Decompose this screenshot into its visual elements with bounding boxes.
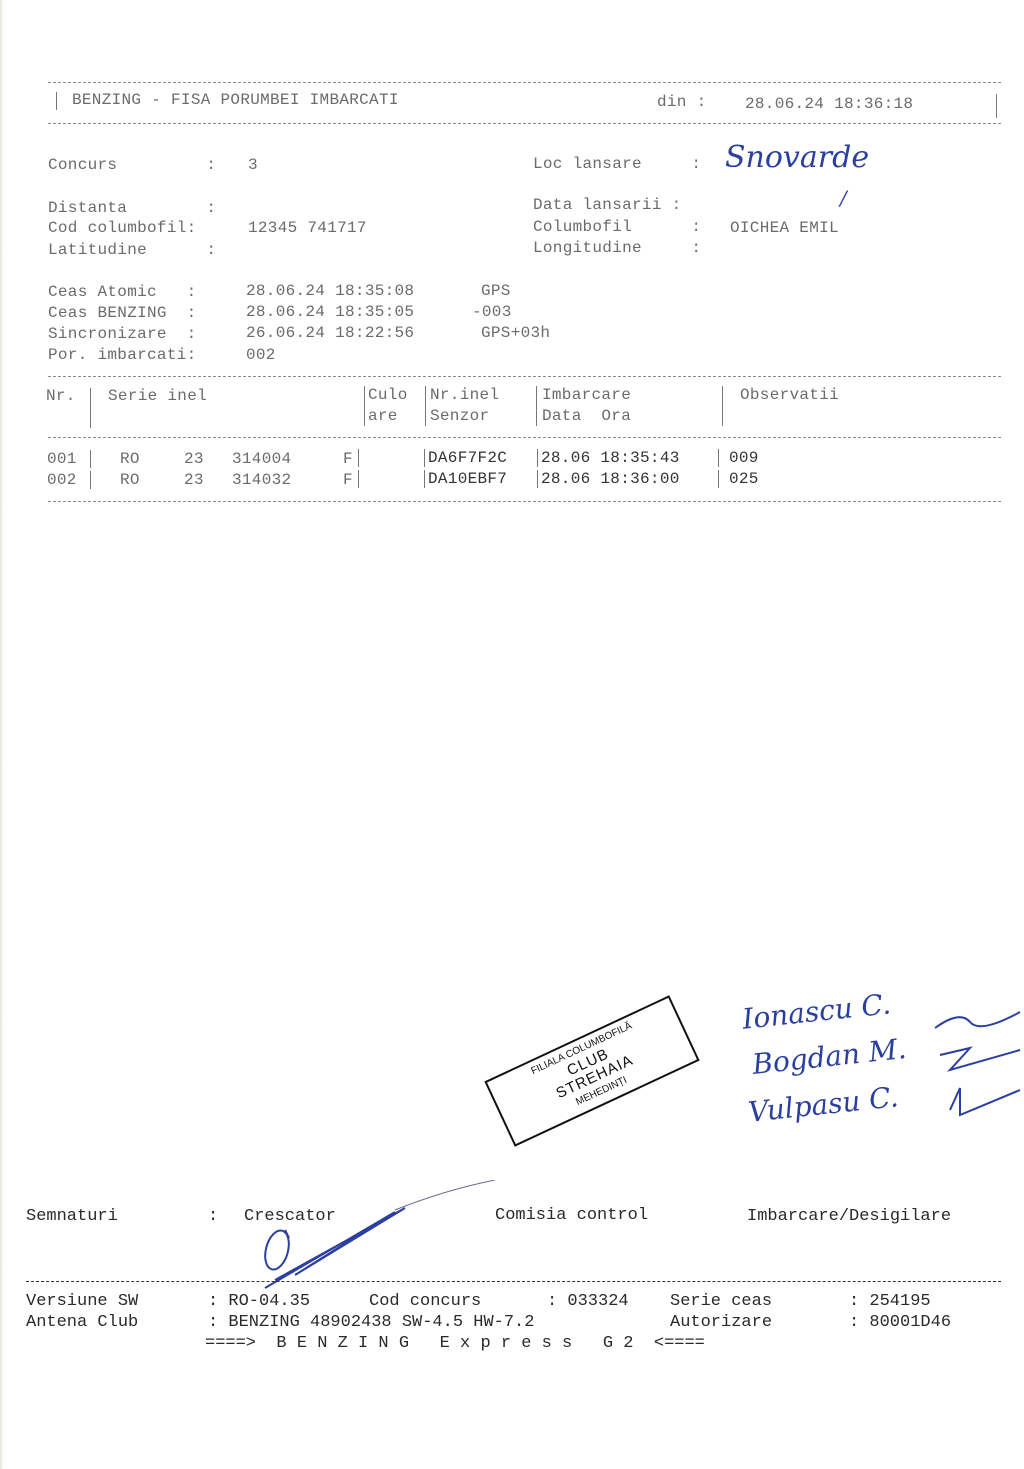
committee-signature-strokes bbox=[930, 1000, 1024, 1130]
clock-benzing-label: Ceas BENZING : bbox=[48, 304, 197, 322]
col-divider bbox=[536, 386, 537, 426]
row-sex: F bbox=[343, 450, 353, 468]
info-columbofil-value: OICHEA EMIL bbox=[730, 219, 839, 237]
col-header-senzor-1: Nr.inel bbox=[430, 386, 499, 404]
footer-banner: ====> B E N Z I N G E x p r e s s G 2 <=… bbox=[205, 1334, 705, 1353]
col-divider bbox=[722, 386, 723, 426]
row-sex: F bbox=[343, 471, 353, 489]
col-divider bbox=[90, 450, 91, 468]
col-header-nr: Nr. bbox=[46, 387, 76, 405]
col-divider bbox=[537, 449, 538, 467]
info-data-lansarii-mark: / bbox=[840, 186, 847, 210]
signature-imbarcare-label: Imbarcare/Desigilare bbox=[747, 1207, 951, 1226]
footer-antena-value: : BENZING 48902438 SW-4.5 HW-7.2 bbox=[208, 1313, 534, 1332]
clock-benzing-extra: -003 bbox=[472, 303, 512, 321]
row-ring: 314032 bbox=[232, 471, 291, 489]
paper-edge bbox=[0, 0, 4, 1469]
table-top-rule bbox=[48, 376, 1001, 377]
info-latitudine-label: Latitudine : bbox=[48, 241, 216, 259]
col-header-serie: Serie inel bbox=[108, 387, 207, 405]
col-divider bbox=[718, 449, 719, 467]
footer-serie-ceas-value: : 254195 bbox=[849, 1292, 931, 1311]
signatures-label: Semnaturi bbox=[26, 1207, 118, 1226]
clock-atomic-value: 28.06.24 18:35:08 bbox=[246, 282, 414, 300]
row-ring: 314004 bbox=[232, 450, 291, 468]
row-year: 23 bbox=[184, 450, 204, 468]
col-divider bbox=[424, 470, 425, 488]
clock-sync-value: 26.06.24 18:22:56 bbox=[246, 324, 414, 342]
footer-autorizare-value: : 80001D46 bbox=[849, 1313, 951, 1332]
col-header-imbarcare-1: Imbarcare bbox=[542, 386, 631, 404]
committee-signature-2: Bogdan M. bbox=[751, 1032, 908, 1081]
signatures-colon: : bbox=[208, 1207, 218, 1226]
row-data-ora: 28.06 18:35:43 bbox=[541, 449, 680, 467]
clock-sync-label: Sincronizare : bbox=[48, 325, 197, 343]
col-divider bbox=[537, 470, 538, 488]
document-title: BENZING - FISA PORUMBEI IMBARCATI bbox=[72, 91, 399, 109]
info-loc-lansare-label: Loc lansare : bbox=[533, 155, 701, 173]
info-loc-lansare-handwritten: Snovarde bbox=[725, 140, 869, 175]
footer-autorizare-label: Autorizare bbox=[670, 1313, 772, 1332]
info-concurs-label: Concurs : bbox=[48, 156, 216, 174]
committee-signature-3: Vulpasu C. bbox=[747, 1080, 900, 1129]
row-senzor: DA6F7F2C bbox=[428, 449, 507, 467]
col-divider bbox=[718, 470, 719, 488]
header-left-bar bbox=[56, 92, 57, 110]
col-divider bbox=[425, 386, 426, 426]
header-bottom-rule bbox=[48, 123, 1001, 124]
row-nr: 002 bbox=[47, 471, 77, 489]
document-date: 28.06.24 18:36:18 bbox=[745, 95, 913, 113]
col-header-senzor-2: Senzor bbox=[430, 407, 489, 425]
clock-sync-extra: GPS+03h bbox=[481, 324, 550, 342]
header-top-rule bbox=[48, 82, 1001, 83]
clock-benzing-value: 28.06.24 18:35:05 bbox=[246, 303, 414, 321]
pigeons-boarded-value: 002 bbox=[246, 346, 276, 364]
footer-rule bbox=[26, 1281, 1001, 1282]
breeder-signature bbox=[255, 1180, 505, 1295]
row-country: RO bbox=[120, 450, 140, 468]
footer-serie-ceas-label: Serie ceas bbox=[670, 1292, 772, 1311]
info-cod-label: Cod columbofil: bbox=[48, 219, 197, 237]
row-observatii: 009 bbox=[729, 449, 759, 467]
info-cod-value: 12345 741717 bbox=[248, 219, 367, 237]
col-divider bbox=[358, 449, 359, 467]
info-data-lansarii-label: Data lansarii : bbox=[533, 196, 682, 214]
info-distanta-label: Distanta : bbox=[48, 199, 216, 217]
col-divider bbox=[424, 449, 425, 467]
row-data-ora: 28.06 18:36:00 bbox=[541, 470, 680, 488]
footer-version-label: Versiune SW bbox=[26, 1292, 138, 1311]
info-columbofil-label: Columbofil : bbox=[533, 218, 701, 236]
club-stamp: FILIALA COLUMBOFILĂ CLUB STREHAIA MEHEDI… bbox=[484, 995, 699, 1146]
col-divider bbox=[90, 471, 91, 489]
row-nr: 001 bbox=[47, 450, 77, 468]
table-header-rule bbox=[48, 437, 1001, 438]
footer-cod-concurs-label: Cod concurs bbox=[369, 1292, 481, 1311]
col-divider bbox=[90, 388, 91, 428]
clock-atomic-extra: GPS bbox=[481, 282, 511, 300]
footer-antena-label: Antena Club bbox=[26, 1313, 138, 1332]
row-senzor: DA10EBF7 bbox=[428, 470, 507, 488]
footer-version-value: : RO-04.35 bbox=[208, 1292, 310, 1311]
col-header-imbarcare-2: Data Ora bbox=[542, 407, 631, 425]
col-header-culoare-1: Culo bbox=[368, 386, 408, 404]
footer-cod-concurs-value: : 033324 bbox=[547, 1292, 629, 1311]
row-country: RO bbox=[120, 471, 140, 489]
col-header-culoare-2: are bbox=[368, 407, 398, 425]
info-longitudine-label: Longitudine : bbox=[533, 239, 701, 257]
header-right-bar bbox=[996, 94, 997, 118]
date-label: din : bbox=[657, 93, 707, 111]
committee-signature-1: Ionascu C. bbox=[741, 987, 893, 1035]
row-year: 23 bbox=[184, 471, 204, 489]
col-divider bbox=[358, 470, 359, 488]
row-observatii: 025 bbox=[729, 470, 759, 488]
pigeons-boarded-label: Por. imbarcati: bbox=[48, 346, 197, 364]
col-divider bbox=[364, 386, 365, 426]
col-header-observatii: Observatii bbox=[740, 386, 839, 404]
info-concurs-value: 3 bbox=[248, 156, 258, 174]
signature-comisia-label: Comisia control bbox=[495, 1206, 648, 1225]
clock-atomic-label: Ceas Atomic : bbox=[48, 283, 197, 301]
table-bottom-rule bbox=[48, 501, 1001, 502]
